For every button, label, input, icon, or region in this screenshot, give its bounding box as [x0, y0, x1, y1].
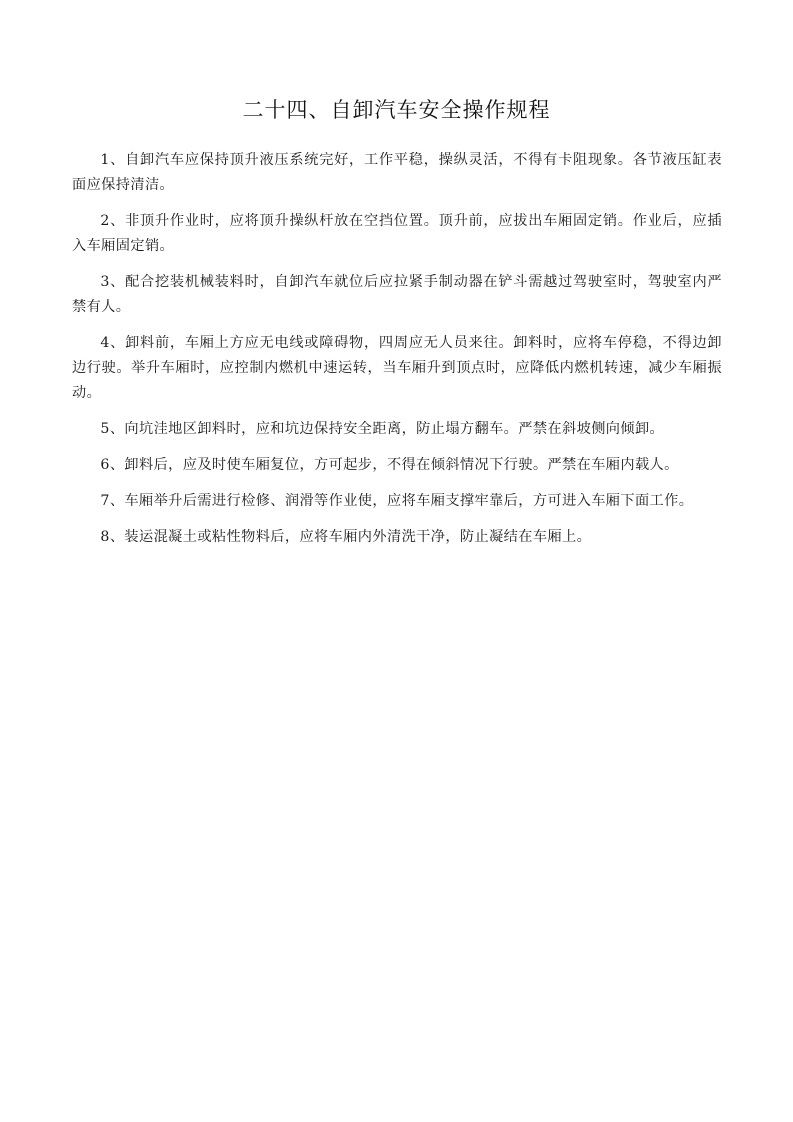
- rule-paragraph-3: 3、配合挖装机械装料时，自卸汽车就位后应拉紧手制动器在铲斗需越过驾驶室时，驾驶室…: [72, 270, 722, 320]
- rule-paragraph-6: 6、卸料后，应及时使车厢复位，方可起步，不得在倾斜情况下行驶。严禁在车厢内载人。: [72, 453, 722, 478]
- rule-paragraph-8: 8、装运混凝土或粘性物料后，应将车厢内外清洗干净，防止凝结在车厢上。: [72, 525, 722, 550]
- rule-paragraph-5: 5、向坑洼地区卸料时，应和坑边保持安全距离，防止塌方翻车。严禁在斜坡侧向倾卸。: [72, 417, 722, 442]
- document-title: 二十四、自卸汽车安全操作规程: [0, 94, 793, 124]
- document-page: 二十四、自卸汽车安全操作规程 1、自卸汽车应保持顶升液压系统完好，工作平稳，操纵…: [0, 0, 793, 1122]
- rule-paragraph-2: 2、非顶升作业时，应将顶升操纵杆放在空挡位置。顶升前，应拔出车厢固定销。作业后，…: [72, 209, 722, 259]
- rule-paragraph-4: 4、卸料前，车厢上方应无电线或障碍物，四周应无人员来往。卸料时，应将车停稳，不得…: [72, 331, 722, 406]
- rule-paragraph-7: 7、车厢举升后需进行检修、润滑等作业使，应将车厢支撑牢靠后，方可进入车厢下面工作…: [72, 489, 722, 514]
- document-body: 1、自卸汽车应保持顶升液压系统完好，工作平稳，操纵灵活，不得有卡阻现象。各节液压…: [72, 148, 722, 561]
- rule-paragraph-1: 1、自卸汽车应保持顶升液压系统完好，工作平稳，操纵灵活，不得有卡阻现象。各节液压…: [72, 148, 722, 198]
